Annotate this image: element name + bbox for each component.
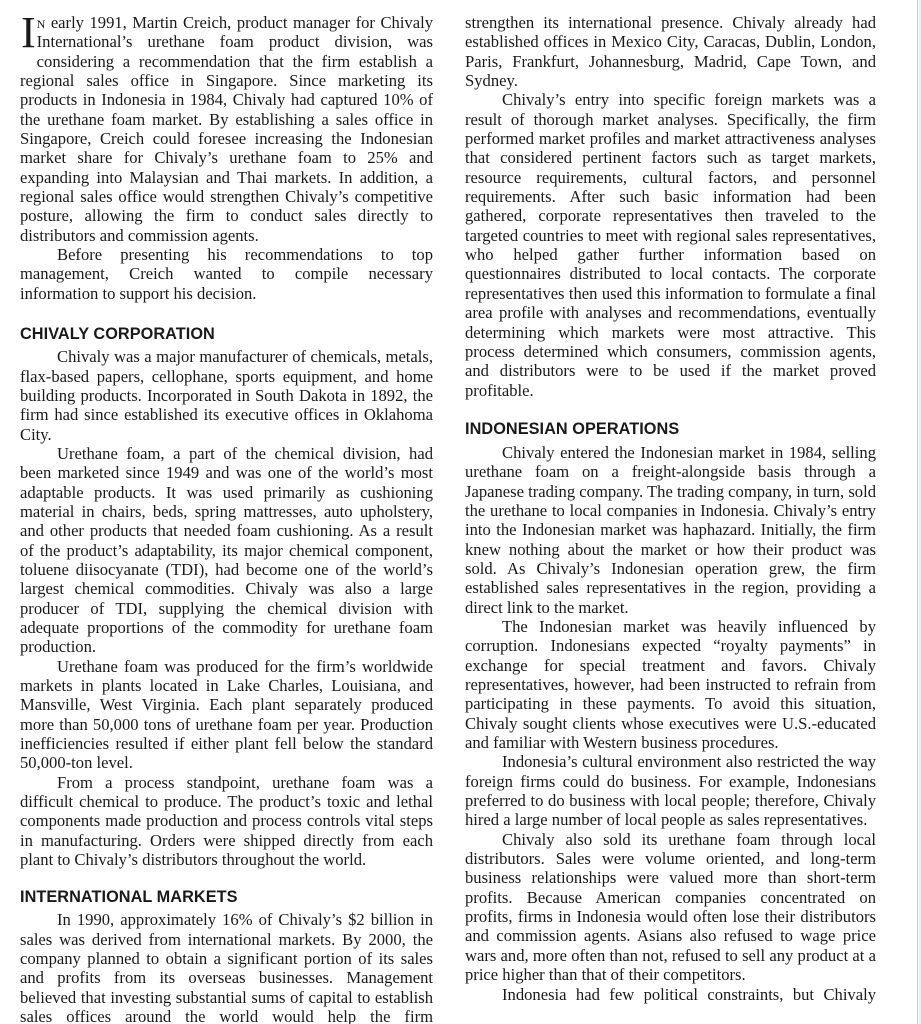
indonesian-paragraph-3: Indonesia’s cultural environment also re…	[465, 752, 876, 829]
drop-cap: I	[21, 16, 36, 52]
document-page: IN early 1991, Martin Creich, product ma…	[0, 0, 921, 1024]
indonesian-paragraph-4: Chivaly also sold its urethane foam thro…	[465, 830, 876, 985]
indonesian-paragraph-2: The Indonesian market was heavily influe…	[465, 617, 876, 752]
indonesian-paragraph-5: Indonesia had few political constraints,…	[465, 985, 876, 1004]
market-entry-paragraph: Chivaly’s entry into specific foreign ma…	[465, 90, 876, 400]
page-edge-divider	[917, 0, 918, 1024]
section-heading-chivaly-corporation: CHIVALY CORPORATION	[20, 324, 433, 344]
chivaly-paragraph-3: Urethane foam was produced for the firm’…	[20, 657, 433, 773]
chivaly-paragraph-2: Urethane foam, a part of the chemical di…	[20, 444, 433, 657]
indonesian-paragraph-1: Chivaly entered the Indonesian market in…	[465, 443, 876, 617]
section-heading-indonesian-operations: INDONESIAN OPERATIONS	[465, 419, 876, 439]
international-paragraph-1: In 1990, approximately 16% of Chivaly’s …	[20, 910, 433, 1024]
intro-paragraph-2: Before presenting his recommendations to…	[20, 245, 433, 303]
intro-paragraph: IN early 1991, Martin Creich, product ma…	[20, 13, 433, 245]
chivaly-paragraph-1: Chivaly was a major manufacturer of chem…	[20, 347, 433, 444]
intro-text: early 1991, Martin Creich, product manag…	[20, 13, 433, 245]
right-column: strengthen its international presence. C…	[465, 13, 876, 1004]
left-column: IN early 1991, Martin Creich, product ma…	[20, 13, 433, 1024]
continuation-paragraph: strengthen its international presence. C…	[465, 13, 876, 90]
section-heading-international-markets: INTERNATIONAL MARKETS	[20, 887, 433, 907]
chivaly-paragraph-4: From a process standpoint, urethane foam…	[20, 773, 433, 870]
